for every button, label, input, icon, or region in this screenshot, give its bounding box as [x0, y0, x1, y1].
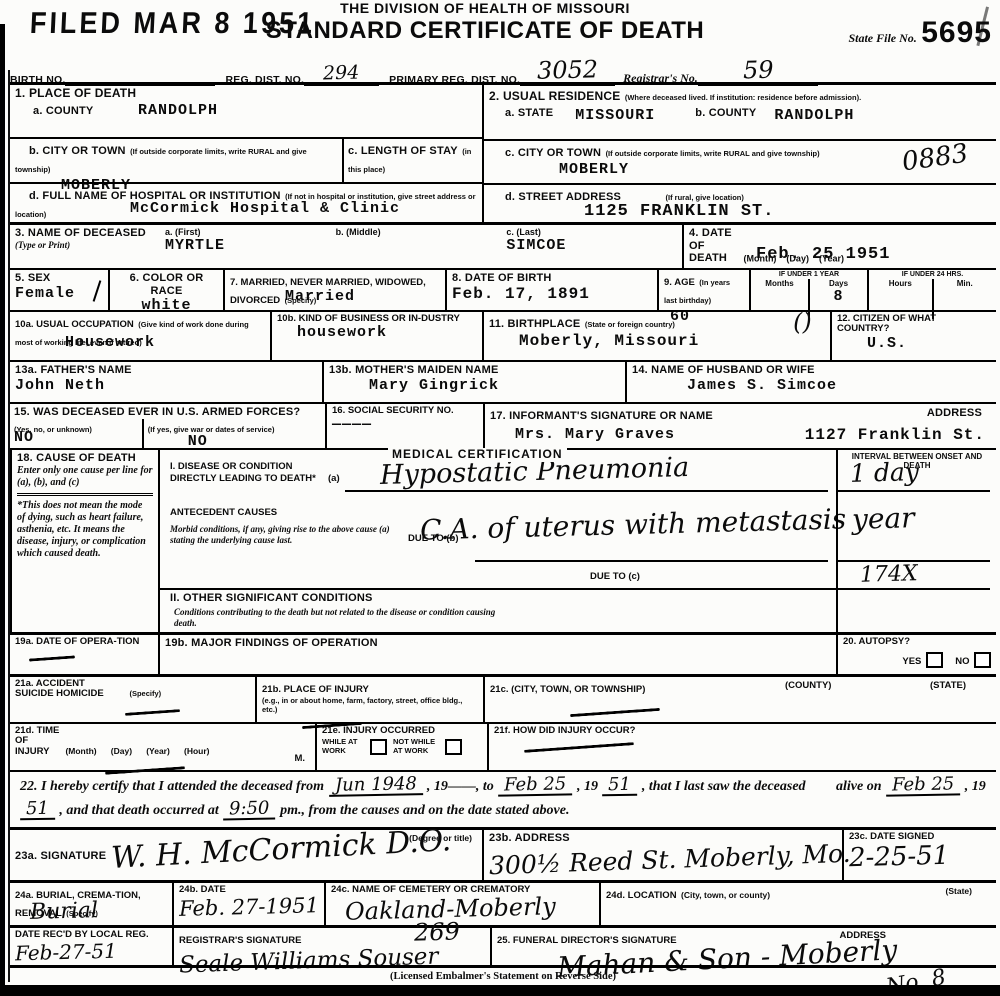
date-signed-value: 2-25-51 [849, 841, 950, 874]
dob-label: 8. DATE OF BIRTH [452, 272, 652, 285]
street-note: (If rural, give location) [666, 193, 744, 202]
header: FILED MAR 8 1951 THE DIVISION OF HEALTH … [10, 0, 996, 82]
street-value: 1125 FRANKLIN ST. [584, 202, 774, 221]
city-label: b. CITY OR TOWN [29, 145, 126, 157]
certify-seg4: , that I last saw the deceased [642, 779, 806, 794]
autopsy-no-checkbox [974, 652, 991, 668]
months-label: Months [751, 279, 808, 288]
father-label: 13a. FATHER'S NAME [15, 364, 317, 377]
birthplace-pen-mark: () [793, 308, 812, 336]
informant-label: 17. INFORMANT'S SIGNATURE OR NAME [490, 410, 713, 422]
residence-state-value: MISSOURI [575, 107, 655, 124]
residence-city-note: (If outside corporate limits, write RURA… [606, 149, 820, 158]
cause-note1: Enter only one cause per line for (a), (… [17, 465, 153, 489]
pen-dash [29, 656, 75, 662]
while-at-work-label: WHILE AT WORK [322, 738, 364, 755]
burial-value: Burial [30, 898, 99, 925]
min-label: Min. [934, 279, 997, 288]
last-name-value: SIMCOE [506, 237, 677, 254]
last-name-label: c. (Last) [506, 227, 677, 237]
business-value: housework [297, 324, 477, 341]
c-label: DUE TO (c) [590, 572, 640, 582]
age-under-24hr-section: IF UNDER 24 HRS. Hours Min. [867, 270, 996, 310]
marital-value: Married [285, 288, 355, 305]
certify-seg2: , 19——, to [427, 779, 494, 794]
c-rule [160, 588, 836, 590]
other-conditions-label: II. OTHER SIGNIFICANT CONDITIONS [170, 592, 373, 605]
interval-a-value: 1 day [850, 457, 920, 488]
time-of-injury-label: 21d. TIME OF INJURY [15, 726, 61, 757]
certificate-title: STANDARD CERTIFICATE OF DEATH [265, 17, 705, 45]
father-section: 13a. FATHER'S NAME John Neth [10, 362, 322, 402]
residence-county-label: b. COUNTY [695, 107, 756, 124]
row-certify: 22. I hereby certify that I attended the… [10, 770, 996, 827]
accident-note: (Specify) [129, 689, 161, 698]
sex-label: 5. SEX [15, 272, 103, 285]
registrar-signature-label: REGISTRAR'S SIGNATURE [179, 935, 301, 946]
not-while-at-work-label: NOT WHILE AT WORK [393, 738, 439, 755]
name-title: 3. NAME OF DECEASED [15, 227, 165, 240]
informant-address-label: ADDRESS [927, 407, 982, 420]
birthplace-value: Moberly, Missouri [519, 332, 825, 350]
cause-label: 18. CAUSE OF DEATH [17, 452, 153, 465]
antecedent-note: Morbid conditions, if any, giving rise t… [170, 524, 400, 546]
certify-hw-alive-year: 51 [20, 799, 55, 820]
informant-address-value: 1127 Franklin St. [805, 426, 985, 444]
spouse-section: 14. NAME OF HUSBAND OR WIFE James S. Sim… [625, 362, 996, 402]
pen-dash [125, 710, 180, 717]
under-1yr-label: IF UNDER 1 YEAR [751, 270, 867, 279]
interval-section: INTERVAL BETWEEN ONSET AND DEATH 1 day y… [836, 450, 996, 632]
race-label: 6. COLOR OR RACE [115, 272, 218, 297]
time-m-label: M. [294, 754, 305, 764]
medical-certification-title: MEDICAL CERTIFICATION [388, 448, 567, 462]
county-label: a. COUNTY [33, 105, 93, 117]
mother-section: 13b. MOTHER'S MAIDEN NAME Mary Gingrick [322, 362, 625, 402]
occupation-section: 10a. USUAL OCCUPATION (Give kind of work… [10, 312, 270, 360]
occupation-label: 10a. USUAL OCCUPATION [15, 319, 134, 330]
sex-value: Female [15, 285, 103, 302]
a-rule [345, 490, 828, 492]
pen-dash [524, 743, 634, 754]
age-label: 9. AGE [664, 277, 695, 288]
cause-of-death-notes: 18. CAUSE OF DEATH Enter only one cause … [10, 450, 158, 632]
certify-hw-time: 9:50 [223, 799, 276, 820]
injury-location-section: 21c. (CITY, TOWN, OR TOWNSHIP) (COUNTY) … [483, 677, 996, 722]
birthplace-section: 11. BIRTHPLACE (State or foreign country… [482, 312, 830, 360]
location-state-note: (State) [946, 887, 972, 897]
date-signed-section: 23c. DATE SIGNED 2-25-51 [842, 830, 996, 880]
race-section: 6. COLOR OR RACE white [108, 270, 223, 310]
operation-date-section: 19a. DATE OF OPERA-TION [10, 635, 158, 674]
cause-of-death-main: I. DISEASE OR CONDITION DIRECTLY LEADING… [158, 450, 836, 632]
place-of-injury-label: 21b. PLACE OF INJURY [262, 684, 369, 695]
residence-county-value: RANDOLPH [774, 107, 854, 124]
state-file-value: 5695 [921, 16, 992, 49]
injury-occurred-label: 21e. INJURY OCCURRED [322, 726, 482, 736]
disease-label-line1: I. DISEASE OR CONDITION [170, 462, 292, 472]
scan-bottom-bar [0, 985, 1000, 996]
registrar-signature-section: REGISTRAR'S SIGNATURE 269 Seale Williams… [172, 928, 490, 965]
signature-label: 23a. SIGNATURE [15, 850, 106, 862]
date-received-section: DATE REC'D BY LOCAL REG. Feb-27-51 [10, 928, 172, 965]
b-rule [475, 560, 828, 562]
place-of-death-title: 1. PLACE OF DEATH [15, 87, 477, 101]
informant-section: 17. INFORMANT'S SIGNATURE OR NAME ADDRES… [483, 404, 996, 448]
residence-state-label: a. STATE [505, 107, 553, 124]
accident-label: 21a. ACCIDENT SUICIDE HOMICIDE [15, 679, 105, 700]
state-file-label: State File No. [848, 31, 916, 45]
physician-address-section: 23b. ADDRESS 300½ Reed St. Moberly, Mo. [482, 830, 842, 880]
hours-label: Hours [869, 279, 932, 288]
physician-address-value: 300½ Reed St. Moberly, Mo. [489, 838, 851, 880]
interval-b-value: year [852, 501, 915, 536]
time-of-injury-section: 21d. TIME OF INJURY (Month) (Day) (Year)… [10, 724, 315, 770]
physician-signature-value: W. H. McCormick D.O. [110, 823, 452, 876]
occupation-value: Housework [65, 334, 155, 351]
disposition-location-section: 24d. LOCATION (City, town, or county) (S… [599, 883, 996, 925]
certify-hw-to-year: 51 [602, 776, 637, 797]
hospital-value: McCormick Hospital & Clinic [130, 200, 400, 217]
residence-title: 2. USUAL RESIDENCE [489, 89, 620, 103]
dod-value: Feb. 25 1951 [756, 245, 890, 264]
first-name-label: a. (First) [165, 227, 336, 237]
row-registration: DATE REC'D BY LOCAL REG. Feb-27-51 REGIS… [10, 925, 996, 965]
days-label: Days [810, 279, 867, 288]
accident-section: 21a. ACCIDENT SUICIDE HOMICIDE (Specify) [10, 677, 255, 722]
date-received-value: Feb-27-51 [15, 939, 117, 966]
death-certificate: FILED MAR 8 1951 THE DIVISION OF HEALTH … [0, 0, 1000, 996]
certify-seg8: pm., from the causes and on the date sta… [280, 803, 569, 818]
place-of-injury-section: 21b. PLACE OF INJURY (e.g., in or about … [255, 677, 483, 722]
interval-a-rule [838, 490, 990, 492]
funeral-director-label: 25. FUNERAL DIRECTOR'S SIGNATURE [497, 935, 677, 946]
a-label: (a) [328, 474, 340, 484]
stay-label: c. LENGTH OF STAY [348, 145, 458, 157]
cause-b-value: C.A. of uterus with metastasis [420, 502, 847, 546]
other-conditions-note: Conditions contributing to the death but… [174, 607, 504, 629]
disposition-date-value: Feb. 27-1951 [179, 894, 319, 922]
certify-seg7: , and that death occurred at [59, 803, 218, 818]
time-of-injury-note: (Month) (Day) (Year) (Hour) [65, 746, 209, 756]
autopsy-section: 20. AUTOPSY? YES NO [836, 635, 996, 674]
row-injury-2: 21d. TIME OF INJURY (Month) (Day) (Year)… [10, 722, 996, 770]
birthplace-label: 11. BIRTHPLACE [489, 318, 580, 330]
citizen-label: 12. CITIZEN OF WHAT COUNTRY? [837, 314, 991, 335]
residence-title-note: (Where deceased lived. If institution: r… [625, 93, 861, 102]
registrar-number-handwritten: 269 [414, 917, 461, 946]
row-parents-spouse: 13a. FATHER'S NAME John Neth 13b. MOTHER… [10, 360, 996, 402]
autopsy-yes-label: YES [902, 656, 921, 667]
place-of-injury-note: (e.g., in or about home, farm, factory, … [262, 697, 478, 714]
disease-label-line2: DIRECTLY LEADING TO DEATH* [170, 474, 316, 484]
ssn-section: 16. SOCIAL SECURITY NO. ———— [325, 404, 483, 448]
county-value: RANDOLPH [138, 102, 218, 119]
informant-name-value: Mrs. Mary Graves [515, 426, 805, 444]
autopsy-label: 20. AUTOPSY? [843, 637, 991, 647]
days-value: 8 [810, 288, 867, 305]
armed-forces-section: 15. WAS DECEASED EVER IN U.S. ARMED FORC… [10, 404, 325, 448]
operation-findings-label: 19b. MAJOR FINDINGS OF OPERATION [165, 637, 831, 650]
row-sex-race-age: 5. SEX Female 6. COLOR OR RACE white 7. … [10, 268, 996, 310]
under-24hr-label: IF UNDER 24 HRS. [869, 270, 996, 279]
certify-seg3: , 19 [577, 779, 598, 794]
row-occupation-birthplace: 10a. USUAL OCCUPATION (Give kind of work… [10, 310, 996, 360]
disposition-date-section: 24b. DATE Feb. 27-1951 [172, 883, 324, 925]
certify-seg1: 22. I hereby certify that I attended the… [20, 779, 324, 794]
marital-section: 7. MARRIED, NEVER MARRIED, WIDOWED, DIVO… [223, 270, 445, 310]
pen-dash [570, 708, 660, 717]
birthplace-note: (State or foreign country) [585, 320, 675, 329]
injury-county-label: (COUNTY) [785, 681, 831, 691]
embalmer-note: (Licensed Embalmer's Statement on Revers… [10, 968, 996, 982]
physician-signature-section: 23a. SIGNATURE (Degree or title) W. H. M… [10, 830, 482, 880]
division-title: THE DIVISION OF HEALTH OF MISSOURI [265, 0, 705, 16]
date-of-death-section: 4. DATE OF DEATH (Month) (Day) (Year) Fe… [682, 225, 996, 268]
sex-section: 5. SEX Female [10, 270, 108, 310]
how-injury-section: 21f. HOW DID INJURY OCCUR? [487, 724, 996, 770]
business-section: 10b. KIND OF BUSINESS OR IN-DUSTRY house… [270, 312, 482, 360]
burial-section: 24a. BURIAL, CREMA-TION, REMOVAL (Specif… [10, 883, 172, 925]
operation-findings-section: 19b. MAJOR FINDINGS OF OPERATION [158, 635, 836, 674]
injury-city-label: 21c. (CITY, TOWN, OR TOWNSHIP) [490, 684, 645, 695]
certify-hw-to-date: Feb 25 [498, 775, 573, 796]
spouse-label: 14. NAME OF HUSBAND OR WIFE [632, 364, 991, 377]
age-under-1yr-section: IF UNDER 1 YEAR Months Days 8 [749, 270, 867, 310]
autopsy-no-label: NO [955, 656, 969, 667]
first-name-value: MYRTLE [165, 237, 336, 254]
mother-label: 13b. MOTHER'S MAIDEN NAME [329, 364, 620, 377]
ssn-label: 16. SOCIAL SECURITY NO. [332, 406, 478, 416]
operation-date-label: 19a. DATE OF OPERA-TION [15, 637, 153, 647]
location-note: (City, town, or county) [681, 890, 770, 900]
location-label: 24d. LOCATION [606, 890, 677, 901]
certify-hw-from-date: Jun 1948 [328, 775, 422, 797]
father-value: John Neth [15, 377, 317, 394]
dob-value: Feb. 17, 1891 [452, 285, 652, 303]
cause-note2: *This does not mean the mode of dying, s… [17, 500, 153, 560]
middle-name-label: b. (Middle) [336, 227, 507, 237]
row-disposition: 24a. BURIAL, CREMA-TION, REMOVAL (Specif… [10, 880, 996, 925]
citizen-section: 12. CITIZEN OF WHAT COUNTRY? U.S. [830, 312, 996, 360]
interval-c-value: 174X [860, 561, 918, 588]
while-at-work-checkbox [370, 739, 387, 755]
place-of-death-section: 1. PLACE OF DEATH a. COUNTY RANDOLPH b. … [10, 85, 482, 222]
antecedent-label: ANTECEDENT CAUSES [170, 508, 277, 518]
dod-title: 4. DATE OF DEATH [689, 227, 739, 265]
autopsy-yes-checkbox [926, 652, 943, 668]
row-cause-of-death: MEDICAL CERTIFICATION 18. CAUSE OF DEATH… [10, 448, 996, 632]
residence-city-label: c. CITY OR TOWN [505, 147, 601, 159]
business-label: 10b. KIND OF BUSINESS OR IN-DUSTRY [277, 314, 477, 324]
mother-value: Mary Gingrick [369, 377, 620, 394]
armed-forces-note2: (If yes, give war or dates of service) [148, 425, 275, 434]
dob-section: 8. DATE OF BIRTH Feb. 17, 1891 [445, 270, 657, 310]
certify-seg5: alive on [836, 779, 882, 794]
scan-edge [0, 24, 5, 996]
ssn-value: ———— [332, 416, 478, 433]
injury-occurred-section: 21e. INJURY OCCURRED WHILE AT WORK NOT W… [315, 724, 487, 770]
row-place-residence: 1. PLACE OF DEATH a. COUNTY RANDOLPH b. … [10, 82, 996, 222]
age-section: 9. AGE (In years last birthday) 60 [657, 270, 749, 310]
not-while-at-work-checkbox [445, 739, 462, 755]
name-of-deceased-section: 3. NAME OF DECEASED (Type or Print) a. (… [10, 225, 682, 268]
injury-state-label: (STATE) [930, 681, 966, 691]
spouse-value: James S. Simcoe [687, 377, 991, 394]
armed-forces-label: 15. WAS DECEASED EVER IN U.S. ARMED FORC… [10, 404, 325, 419]
certify-seg6: , 19 [965, 779, 986, 794]
citizen-value: U.S. [867, 335, 991, 352]
row-operation-autopsy: 19a. DATE OF OPERA-TION 19b. MAJOR FINDI… [10, 632, 996, 674]
row-forces-ssn-informant: 15. WAS DECEASED EVER IN U.S. ARMED FORC… [10, 402, 996, 448]
cemetery-section: 24c. NAME OF CEMETERY OR CREMATORY Oakla… [324, 883, 599, 925]
name-title-note: (Type or Print) [15, 240, 165, 251]
certify-hw-alive-date: Feb 25 [886, 775, 961, 796]
row-injury-1: 21a. ACCIDENT SUICIDE HOMICIDE (Specify)… [10, 674, 996, 722]
interval-c-rule [838, 588, 990, 590]
how-injury-label: 21f. HOW DID INJURY OCCUR? [494, 726, 991, 736]
funeral-director-section: 25. FUNERAL DIRECTOR'S SIGNATURE ADDRESS… [490, 928, 996, 965]
usual-residence-section: 2. USUAL RESIDENCE (Where deceased lived… [482, 85, 996, 222]
row-physician: 23a. SIGNATURE (Degree or title) W. H. M… [10, 827, 996, 880]
row-name-dod: 3. NAME OF DECEASED (Type or Print) a. (… [10, 222, 996, 268]
